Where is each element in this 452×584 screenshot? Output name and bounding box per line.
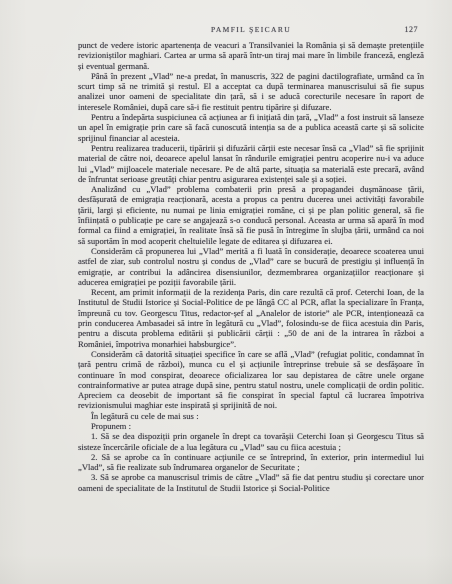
paragraph: Analizând cu „Vlad” problema combaterii … — [78, 184, 424, 246]
paragraph: Propunem : — [78, 421, 424, 431]
paragraph: Până în prezent „Vlad” ne-a predat, în m… — [78, 71, 424, 112]
paragraph: punct de vedere istoric apartenența de v… — [78, 40, 424, 71]
scanned-book-page: PAMFIL ŞEICARU 127 punct de vedere istor… — [0, 0, 452, 584]
list-item: 2. Să se aprobe ca în continuare acțiuni… — [78, 452, 424, 473]
paragraph: Pentru realizarea traducerii, tipăririi … — [78, 143, 424, 184]
body-text: punct de vedere istoric apartenența de v… — [78, 40, 424, 493]
paragraph: În legătură cu cele de mai sus : — [78, 411, 424, 421]
paragraph: Recent, am primit informații de la rezid… — [78, 287, 424, 349]
paragraph: Pentru a îndepărta suspiciunea că acțiun… — [78, 112, 424, 143]
page-number: 127 — [405, 25, 419, 34]
list-item: 3. Să se aprobe ca manuscrisul trimis de… — [78, 472, 424, 493]
running-header: PAMFIL ŞEICARU 127 — [78, 25, 424, 37]
paragraph: Considerăm că propunerea lui „Vlad” meri… — [78, 246, 424, 287]
running-title: PAMFIL ŞEICARU — [78, 25, 424, 34]
list-item: 1. Să se dea dispoziții prin organele în… — [78, 431, 424, 452]
paragraph: Considerăm că datorită situației specifi… — [78, 349, 424, 411]
